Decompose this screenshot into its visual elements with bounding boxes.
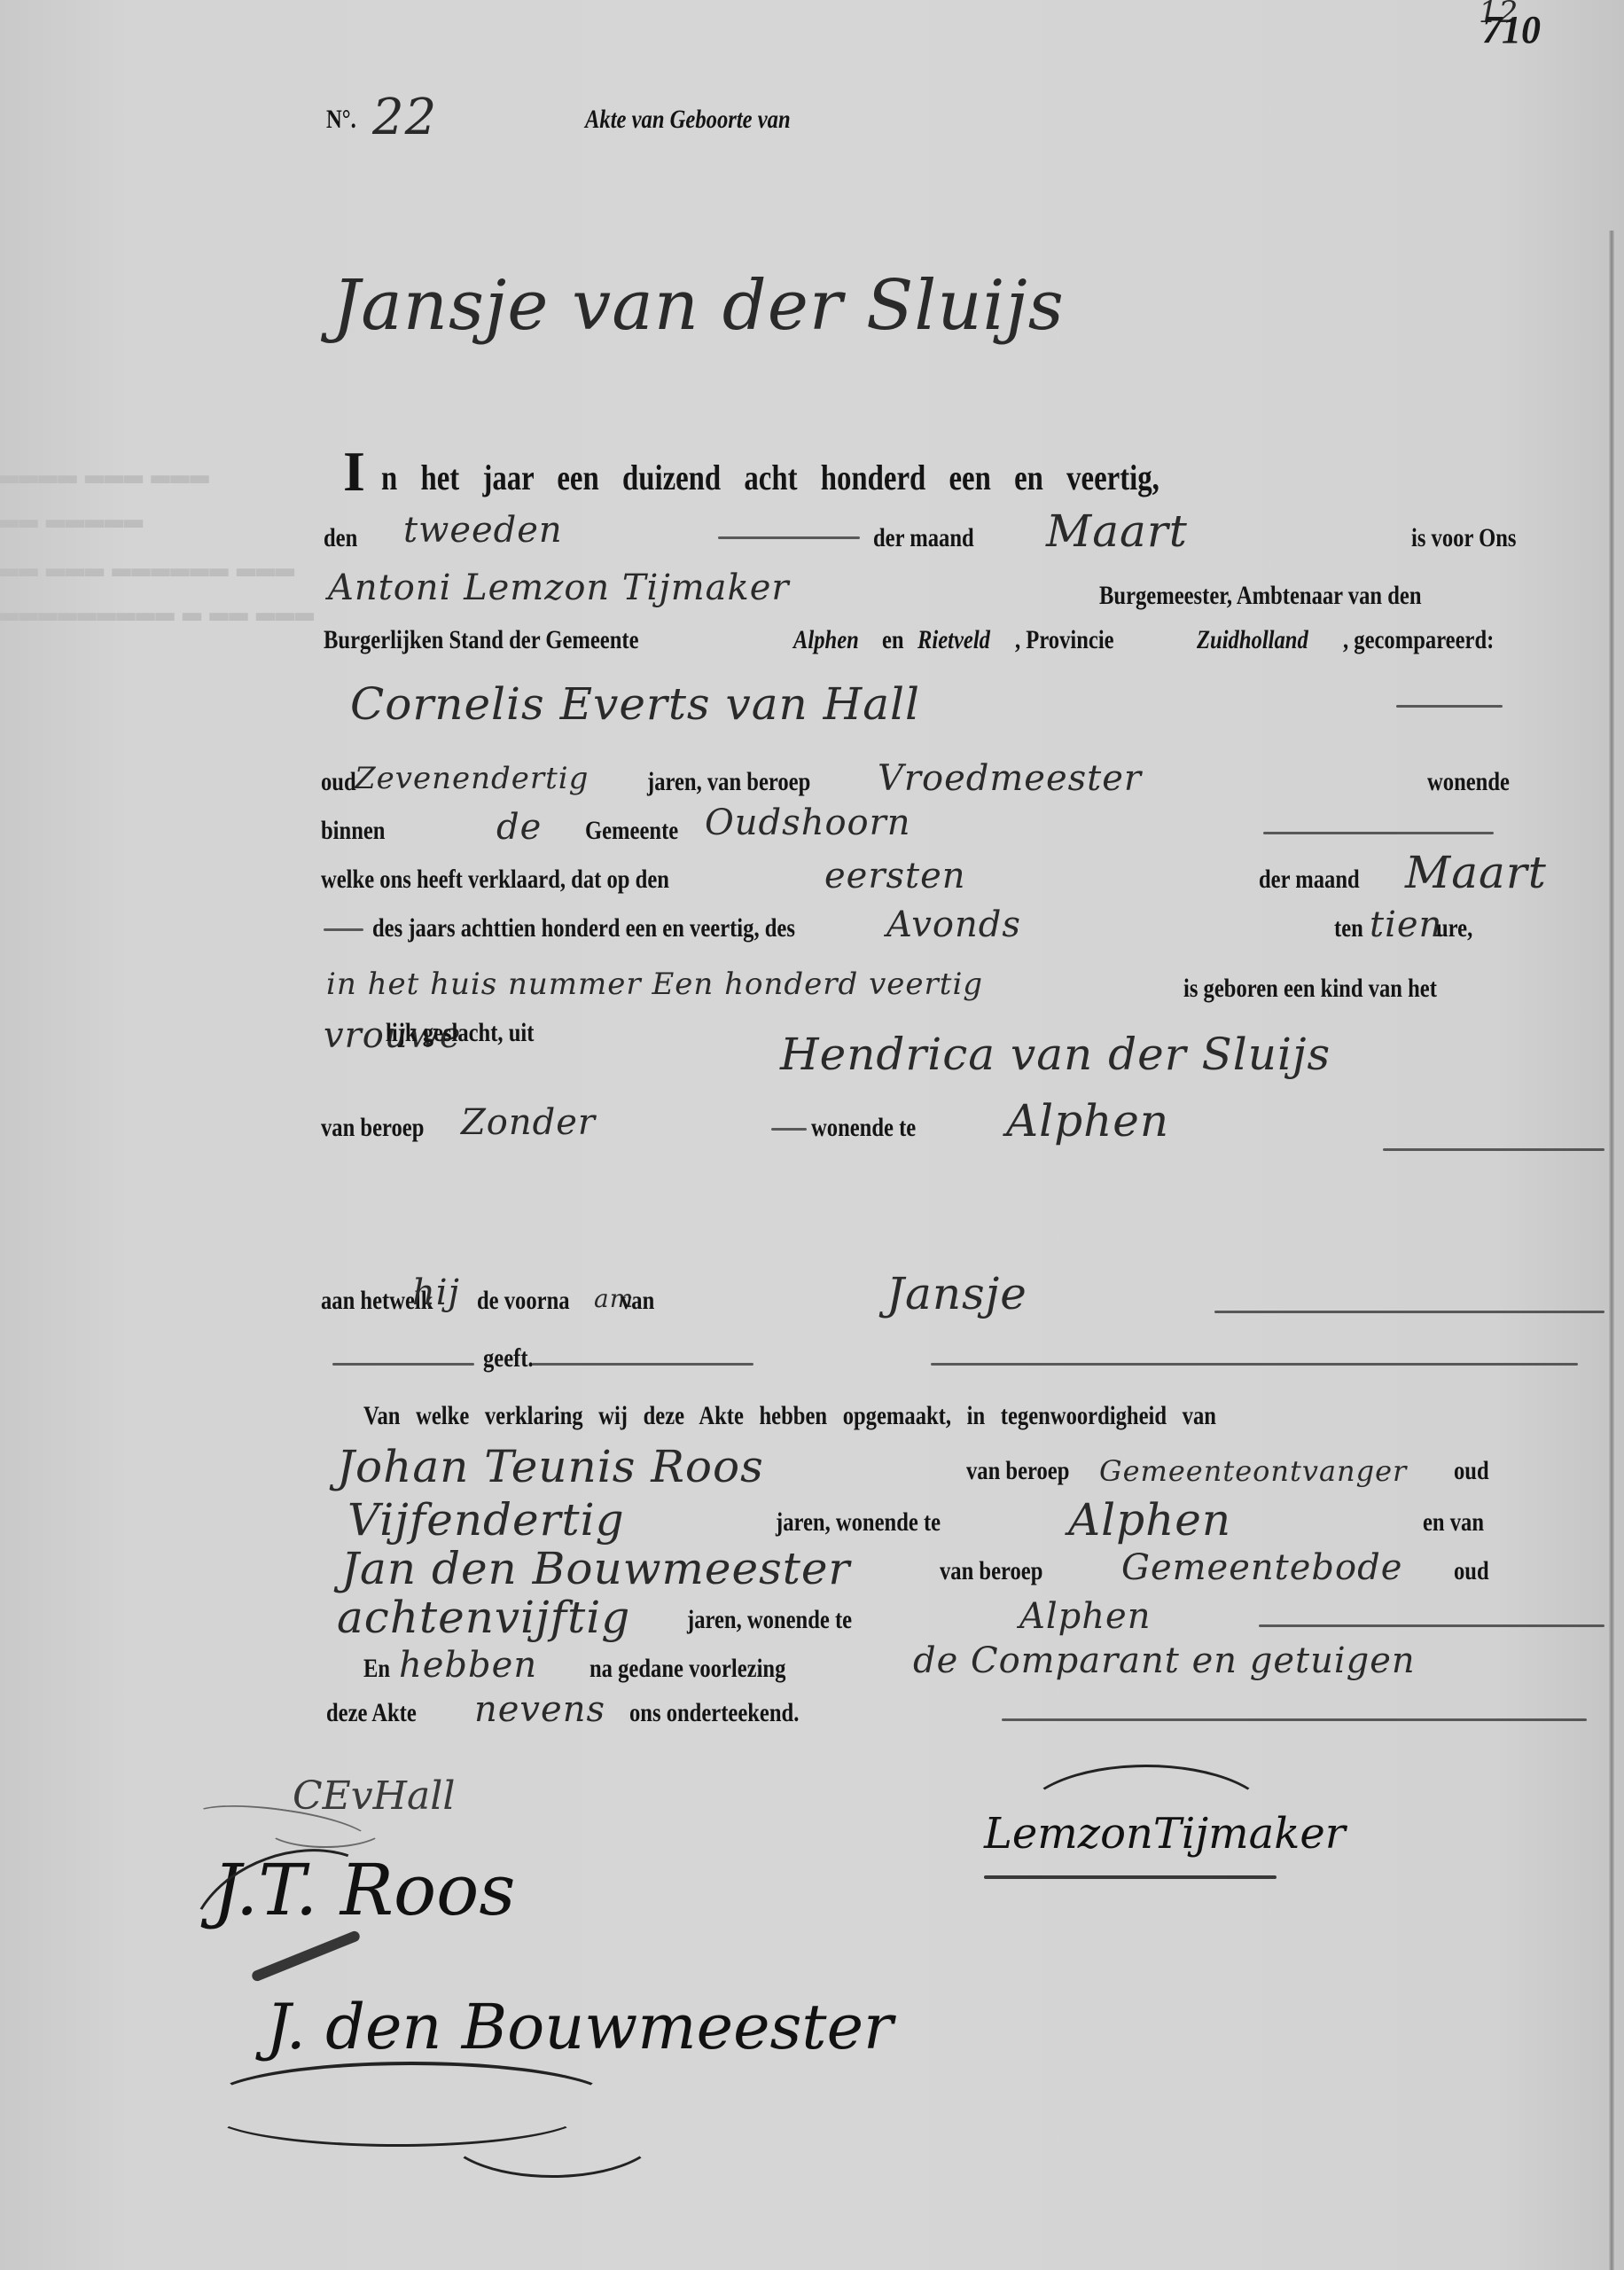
text-deze-akte: deze Akte bbox=[326, 1698, 417, 1728]
record-number: 22 bbox=[372, 89, 437, 146]
document-title: Akte van Geboorte van bbox=[585, 105, 791, 135]
province-zuidholland: Zuidholland bbox=[1197, 625, 1308, 655]
witness1-residence-field: Alphen bbox=[1068, 1494, 1231, 1546]
bleed-through-text: ▂▂▂▂▂▂▂▂▂ ▂ ▂▂ ▂▂▂ bbox=[0, 594, 315, 621]
text-gecompareerd: , gecompareerd: bbox=[1343, 625, 1494, 655]
text-den: den bbox=[324, 523, 357, 553]
text-en-van: en van bbox=[1423, 1507, 1484, 1538]
witness1-name-field: Johan Teunis Roos bbox=[337, 1441, 764, 1492]
declarant-occupation-field: Vroedmeester bbox=[878, 758, 1142, 799]
text-geeft: geeft. bbox=[483, 1343, 534, 1374]
text-provincie: , Provincie bbox=[1015, 625, 1114, 655]
birth-day-field: eersten bbox=[824, 856, 966, 896]
municipality-line: Burgerlijken Stand der Gemeente bbox=[324, 625, 708, 655]
witness1-age-field: Vijfendertig bbox=[347, 1494, 625, 1546]
text-en: en bbox=[882, 625, 904, 655]
time-of-day-field: Avonds bbox=[886, 904, 1021, 945]
text-der-maand: der maand bbox=[873, 523, 974, 553]
given-name-field: Jansje bbox=[886, 1268, 1027, 1319]
official-name-field: Antoni Lemzon Tijmaker bbox=[328, 567, 790, 608]
text-jaren-wonende-te-2: jaren, wonende te bbox=[687, 1605, 852, 1635]
text-ten: ten bbox=[1334, 913, 1363, 943]
child-name-heading: Jansje van der Sluijs bbox=[332, 266, 1065, 346]
text-van-welke-verklaring: Van welke verklaring wij deze Akte hebbe… bbox=[363, 1401, 1216, 1431]
number-label: N°. bbox=[326, 105, 356, 135]
witness2-name-field: Jan den Bouwmeester bbox=[341, 1543, 850, 1594]
witness2-age-field: achtenvijftig bbox=[337, 1592, 630, 1643]
text-des-jaars: des jaars achttien honderd een en veerti… bbox=[372, 913, 795, 943]
text-en-2: En bbox=[363, 1654, 390, 1684]
text-ure: ure, bbox=[1436, 913, 1472, 943]
text-na-gedane-voorlezing: na gedane voorlezing bbox=[589, 1654, 785, 1684]
bleed-through-text: ▂▂ ▂▂▂▂▂ bbox=[0, 501, 144, 528]
mother-name-field: Hendrica van der Sluijs bbox=[780, 1029, 1331, 1080]
text-is-geboren: is geboren een kind van het bbox=[1183, 974, 1437, 1004]
text-ons-onderteekend: ons onderteekend. bbox=[629, 1698, 799, 1728]
municipality-rietveld: Rietveld bbox=[917, 625, 990, 655]
bleed-through-text: ▂▂ ▂▂▂ ▂▂▂▂▂▂ ▂▂▂ bbox=[0, 550, 295, 576]
opening-line: n het jaar een duizend acht honderd een … bbox=[381, 457, 1159, 498]
bleed-through-text: ▂▂▂▂ ▂▂▂ ▂▂▂ bbox=[0, 457, 210, 483]
witness1-occupation-field: Gemeenteontvanger bbox=[1099, 1454, 1407, 1488]
text-oud-2: oud bbox=[1454, 1456, 1489, 1486]
text-oud: oud bbox=[321, 767, 356, 797]
text-van: van bbox=[621, 1286, 654, 1316]
text-binnen: binnen bbox=[321, 816, 385, 846]
text-van-beroep-3: van beroep bbox=[966, 1456, 1069, 1486]
text-oud-3: oud bbox=[1454, 1556, 1489, 1586]
page-edge bbox=[1609, 231, 1614, 2270]
page-number-large: 710 bbox=[1482, 7, 1541, 52]
witness2-residence-field: Alphen bbox=[1019, 1596, 1151, 1637]
text-gemeente: Gemeente bbox=[585, 816, 678, 846]
signature-witness2: J. den Bouwmeester bbox=[266, 1991, 893, 2063]
hebben-field: hebben bbox=[399, 1645, 537, 1686]
document-page: ▂▂▂▂ ▂▂▂ ▂▂▂ ▂▂ ▂▂▂▂▂ ▂▂ ▂▂▂ ▂▂▂▂▂▂ ▂▂▂ … bbox=[0, 0, 1624, 2270]
initial-capital: I bbox=[343, 439, 365, 505]
text-jaren-van-beroep: jaren, van beroep bbox=[647, 767, 810, 797]
mother-occupation-field: Zonder bbox=[461, 1102, 596, 1143]
text-van-beroep-4: van beroep bbox=[940, 1556, 1042, 1586]
birth-hour-field: tien bbox=[1370, 904, 1442, 945]
text-wonende: wonende bbox=[1427, 767, 1510, 797]
nevens-field: nevens bbox=[474, 1689, 605, 1730]
text-is-voor-ons: is voor Ons bbox=[1411, 523, 1516, 553]
birth-month-field: Maart bbox=[1405, 847, 1547, 898]
text-der-maand-2: der maand bbox=[1259, 865, 1360, 895]
text-de: de bbox=[496, 807, 542, 848]
municipality-alphen: Alphen bbox=[793, 625, 859, 655]
birth-place-field: in het huis nummer Een honderd veertig bbox=[326, 967, 983, 1002]
text-de-voorna: de voorna bbox=[477, 1286, 570, 1316]
text-burgemeester: Burgemeester, Ambtenaar van den bbox=[1099, 581, 1422, 611]
read-to-field: de Comparant en getuigen bbox=[913, 1640, 1416, 1681]
declarant-age-field: Zevenendertig bbox=[355, 761, 589, 796]
day-field: tweeden bbox=[403, 510, 563, 551]
declarant-name-field: Cornelis Everts van Hall bbox=[350, 678, 920, 730]
text-lijk-geslacht: lijk geslacht, uit bbox=[386, 1018, 534, 1048]
month-field: Maart bbox=[1046, 505, 1188, 557]
declarant-residence-field: Oudshoorn bbox=[705, 802, 911, 843]
text-wonende-te: wonende te bbox=[811, 1113, 916, 1143]
mother-residence-field: Alphen bbox=[1006, 1095, 1169, 1147]
text-dat-op-den: welke ons heeft verklaard, dat op den bbox=[321, 865, 669, 895]
declarant-pronoun-field: hij bbox=[412, 1272, 460, 1313]
text-jaren-wonende-te: jaren, wonende te bbox=[776, 1507, 941, 1538]
text-van-beroep-2: van beroep bbox=[321, 1113, 424, 1143]
witness2-occupation-field: Gemeentebode bbox=[1121, 1547, 1402, 1588]
